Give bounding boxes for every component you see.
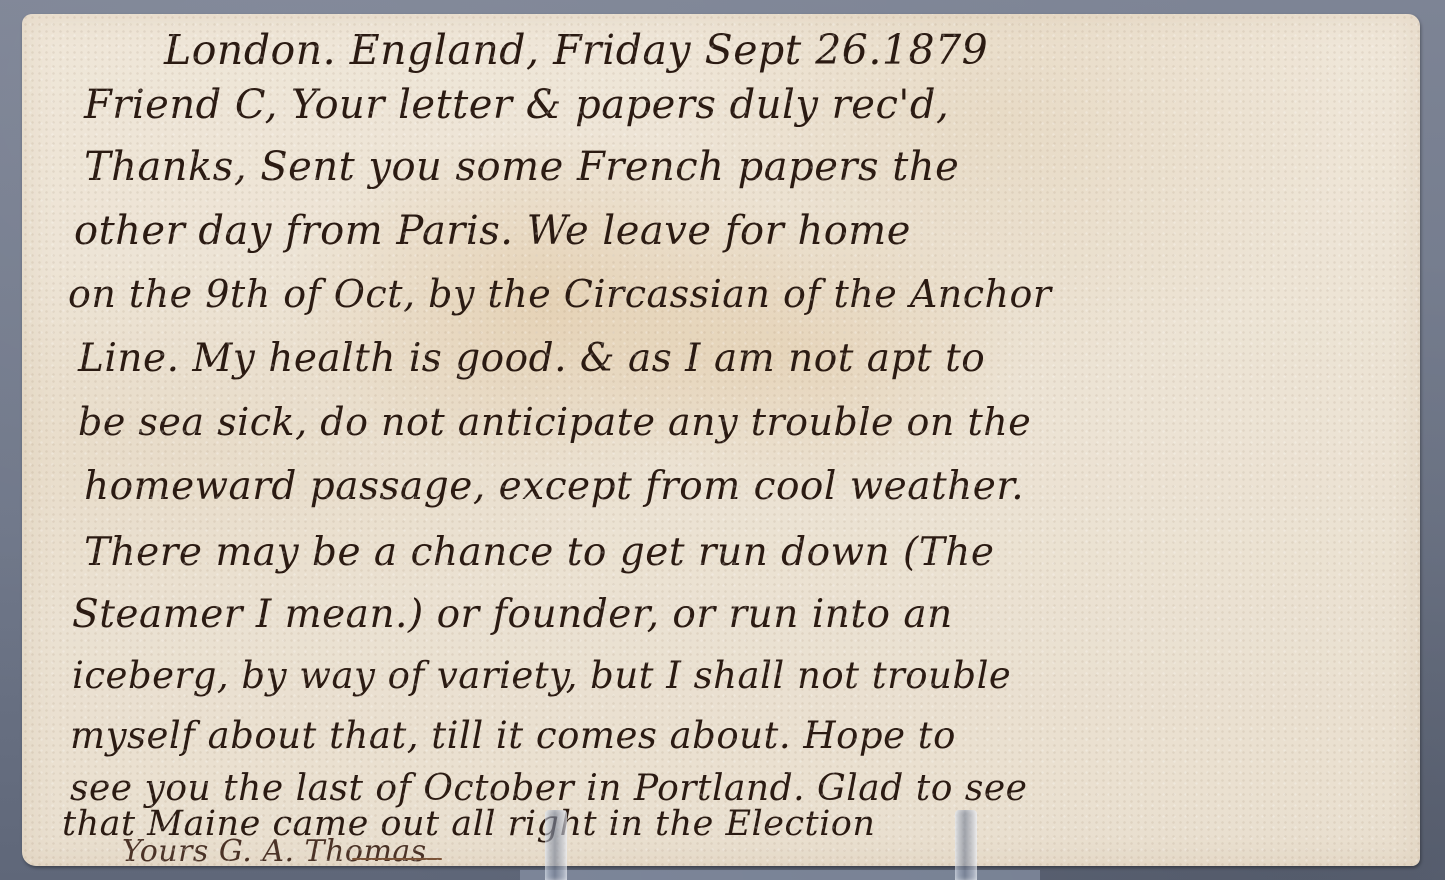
- postcard-line-6: be sea sick, do not anticipate any troub…: [78, 400, 1031, 444]
- postcard-line-8: There may be a chance to get run down (T…: [84, 530, 994, 575]
- postcard-line-7: homeward passage, except from cool weath…: [84, 464, 1024, 509]
- postcard: London. England, Friday Sept 26.1879 Fri…: [22, 14, 1420, 866]
- signature-flourish: [352, 858, 442, 860]
- postcard-line-2: Thanks, Sent you some French papers the: [84, 144, 959, 190]
- postcard-line-12: see you the last of October in Portland.…: [70, 768, 1027, 809]
- postcard-heading: London. England, Friday Sept 26.1879: [164, 26, 988, 74]
- postcard-line-11: myself about that, till it comes about. …: [70, 714, 956, 757]
- display-stand-clip-right: [955, 810, 977, 880]
- postcard-line-5: Line. My health is good. & as I am not a…: [78, 336, 985, 381]
- postcard-line-10: iceberg, by way of variety, but I shall …: [72, 654, 1011, 697]
- postcard-line-4: on the 9th of Oct, by the Circassian of …: [68, 272, 1052, 316]
- postcard-signature: Yours G. A. Thomas: [122, 834, 427, 869]
- postcard-line-1: Friend C, Your letter & papers duly rec'…: [84, 82, 949, 128]
- postcard-line-3: other day from Paris. We leave for home: [74, 208, 911, 254]
- display-stand-clip-left: [545, 810, 567, 880]
- postcard-line-9: Steamer I mean.) or founder, or run into…: [72, 592, 953, 637]
